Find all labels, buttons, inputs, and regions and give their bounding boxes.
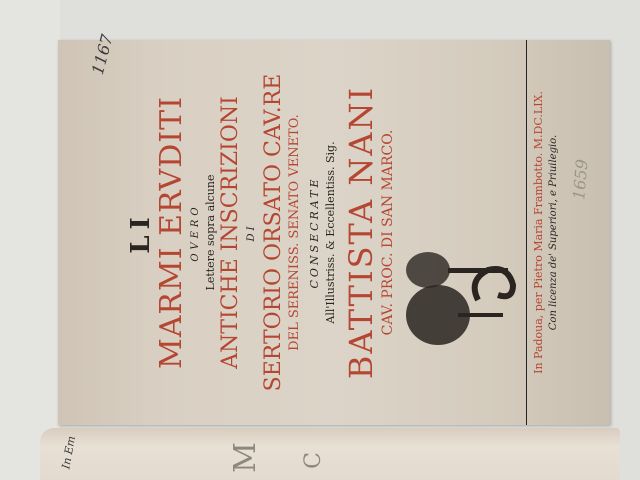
- title-main: MARMI ERVDITI: [154, 40, 189, 425]
- title-overo: OVERO: [190, 40, 201, 425]
- imprint: In Padoua, per Pietro Maria Frambotto. M…: [532, 40, 545, 425]
- license: Con licenza de' Superiori, e Priuilegio.: [548, 40, 559, 425]
- dedication-honorific: All'Illustriss. & Eccellentiss. Sig.: [324, 40, 337, 425]
- author: SERTORIO ORSATO CAV.RE: [261, 40, 286, 425]
- title-article: LI: [126, 40, 156, 425]
- printer-device-icon: [398, 245, 528, 355]
- dedication-label: CONSECRATE: [308, 40, 321, 425]
- title-di: DI: [246, 40, 257, 425]
- spine-letter-c: C: [301, 452, 326, 469]
- book-spine: [40, 428, 620, 480]
- subtitle: Lettere sopra alcune: [204, 40, 217, 425]
- dedicatee: BATTISTA NANI: [342, 40, 380, 425]
- background: [0, 0, 60, 480]
- dedicatee-title: CAV. PROC. DI SAN MARCO.: [380, 40, 396, 425]
- title-page-text: LI MARMI ERVDITI OVERO Lettere sopra alc…: [58, 40, 610, 425]
- imprint-rule: [526, 40, 527, 425]
- author-title: DEL SERENISS. SENATO VENETO.: [287, 40, 302, 425]
- subtitle-main: ANTICHE INSCRIZIONI: [218, 40, 243, 425]
- spine-letter-m: M: [228, 442, 263, 473]
